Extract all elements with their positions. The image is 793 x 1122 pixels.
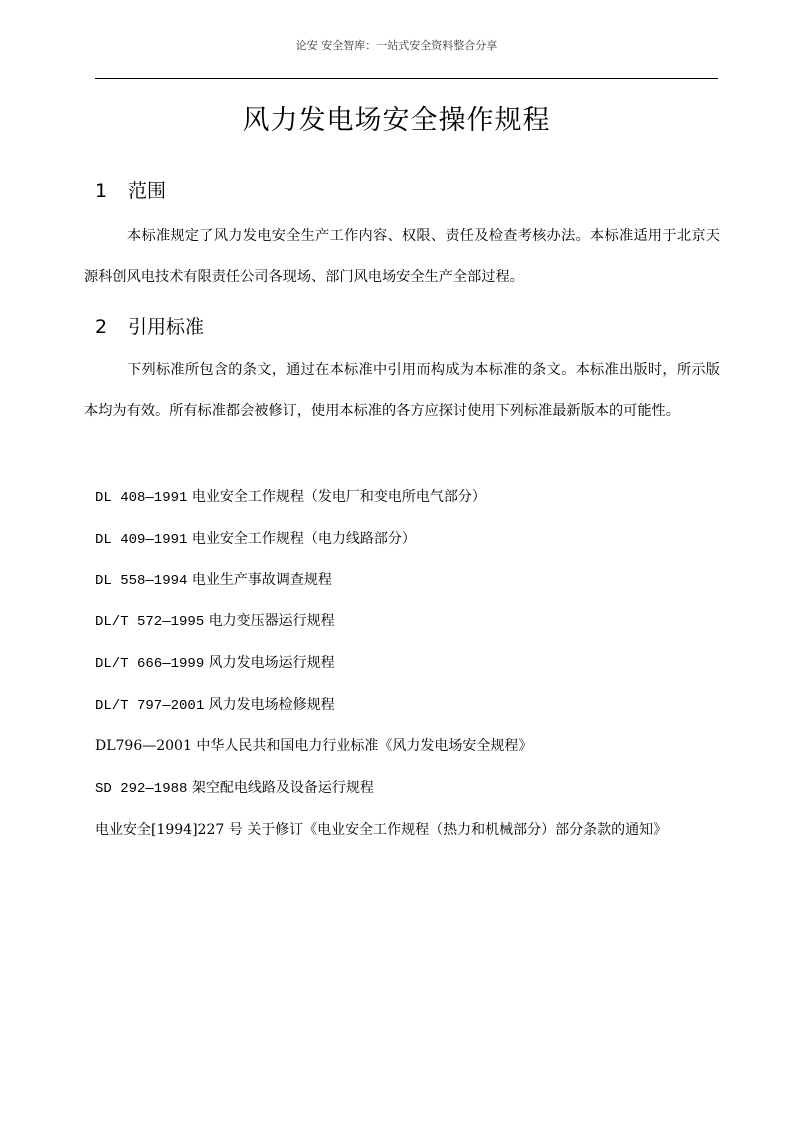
reference-code: DL/T 572—1995 — [95, 614, 204, 630]
reference-name: 架空配电线路及设备运行规程 — [192, 780, 374, 796]
section-heading-references: 2引用标准 — [95, 312, 204, 339]
reference-item: SD 292—1988 架空配电线路及设备运行规程 — [95, 777, 374, 797]
header-divider — [95, 78, 718, 79]
section-number: 1 — [95, 180, 128, 202]
section-title: 范围 — [128, 180, 166, 202]
reference-item: 电业安全[1994]227 号 关于修订《电业安全工作规程（热力和机械部分）部分… — [95, 819, 667, 839]
section-number: 2 — [95, 316, 128, 338]
reference-code: 电业安全[1994]227 号 — [95, 822, 243, 838]
reference-item: DL/T 666—1999 风力发电场运行规程 — [95, 652, 335, 672]
reference-name: 电力变压器运行规程 — [209, 613, 335, 629]
reference-name: 电业安全工作规程（发电厂和变电所电气部分） — [192, 489, 486, 505]
reference-name: 关于修订《电业安全工作规程（热力和机械部分）部分条款的通知》 — [247, 822, 667, 838]
reference-item: DL 409—1991 电业安全工作规程（电力线路部分） — [95, 528, 416, 548]
reference-name: 风力发电场运行规程 — [209, 655, 335, 671]
page-header: 论安 安全智库：一站式安全资料整合分享 — [0, 37, 793, 53]
scope-paragraph: 本标准规定了风力发电安全生产工作内容、权限、责任及检查考核办法。本标准适用于北京… — [84, 216, 720, 298]
reference-item: DL 558—1994 电业生产事故调查规程 — [95, 569, 332, 589]
references-paragraph: 下列标准所包含的条文，通过在本标准中引用而构成为本标准的条文。本标准出版时，所示… — [84, 350, 720, 432]
reference-item: DL 408—1991 电业安全工作规程（发电厂和变电所电气部分） — [95, 486, 486, 506]
reference-code: DL/T 797—2001 — [95, 698, 204, 714]
reference-code: DL 408—1991 — [95, 490, 187, 506]
reference-code: DL796—2001 — [95, 738, 192, 754]
reference-code: DL 558—1994 — [95, 573, 187, 589]
reference-item: DL796—2001 中华人民共和国电力行业标准《风力发电场安全规程》 — [95, 735, 532, 755]
section-title: 引用标准 — [128, 316, 204, 338]
document-page: 论安 安全智库：一站式安全资料整合分享 风力发电场安全操作规程 1范围 本标准规… — [0, 0, 793, 1122]
reference-item: DL/T 572—1995 电力变压器运行规程 — [95, 610, 335, 630]
section-heading-scope: 1范围 — [95, 176, 166, 203]
reference-name: 风力发电场检修规程 — [209, 697, 335, 713]
reference-name: 中华人民共和国电力行业标准《风力发电场安全规程》 — [196, 738, 532, 754]
reference-name: 电业安全工作规程（电力线路部分） — [192, 531, 416, 547]
reference-item: DL/T 797—2001 风力发电场检修规程 — [95, 694, 335, 714]
reference-name: 电业生产事故调查规程 — [192, 572, 332, 588]
document-title: 风力发电场安全操作规程 — [0, 98, 793, 137]
reference-code: SD 292—1988 — [95, 781, 187, 797]
reference-code: DL 409—1991 — [95, 532, 187, 548]
reference-code: DL/T 666—1999 — [95, 656, 204, 672]
